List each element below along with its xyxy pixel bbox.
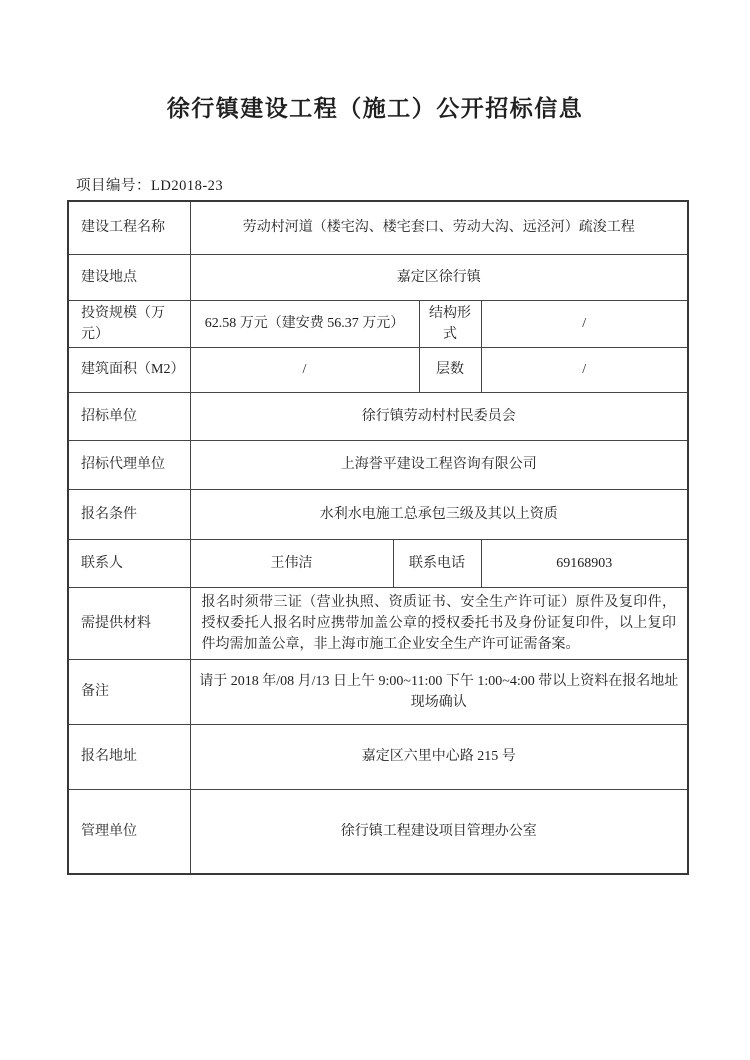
field-value-cell: 62.58 万元（建安费 56.37 万元）	[190, 300, 419, 347]
info-table: 建设工程名称劳动村河道（楼宅沟、楼宅套口、劳动大沟、远泾河）疏浚工程建设地点嘉定…	[67, 200, 689, 875]
table-row: 招标代理单位上海誉平建设工程咨询有限公司	[68, 440, 688, 489]
field-value-cell: 王伟洁	[190, 539, 393, 587]
field-value-cell: 69168903	[481, 539, 688, 587]
field-label-cell: 联系人	[68, 539, 190, 587]
field-value-cell: /	[190, 347, 419, 392]
field-label-cell: 建设地点	[68, 254, 190, 300]
table-row: 管理单位徐行镇工程建设项目管理办公室	[68, 789, 688, 874]
field-label-cell: 招标代理单位	[68, 440, 190, 489]
field-value-cell: 徐行镇劳动村村民委员会	[190, 392, 688, 440]
field-label-cell: 管理单位	[68, 789, 190, 874]
table-row: 建筑面积（M2）/层数/	[68, 347, 688, 392]
field-label-cell: 报名地址	[68, 724, 190, 789]
field-value-cell: 报名时须带三证（营业执照、资质证书、安全生产许可证）原件及复印件，授权委托人报名…	[190, 587, 688, 659]
field-value-cell: 嘉定区六里中心路 215 号	[190, 724, 688, 789]
field-label-cell: 结构形式	[419, 300, 481, 347]
field-value-cell: 嘉定区徐行镇	[190, 254, 688, 300]
field-label-cell: 建设工程名称	[68, 201, 190, 254]
table-row: 投资规模（万元）62.58 万元（建安费 56.37 万元）结构形式/	[68, 300, 688, 347]
field-value-cell: /	[481, 300, 688, 347]
field-value-cell: 劳动村河道（楼宅沟、楼宅套口、劳动大沟、远泾河）疏浚工程	[190, 201, 688, 254]
field-label-cell: 投资规模（万元）	[68, 300, 190, 347]
field-label-cell: 需提供材料	[68, 587, 190, 659]
field-label-cell: 招标单位	[68, 392, 190, 440]
page-title: 徐行镇建设工程（施工）公开招标信息	[0, 90, 750, 123]
field-label-cell: 备注	[68, 659, 190, 724]
table-row: 联系人王伟洁联系电话69168903	[68, 539, 688, 587]
project-number: 项目编号：LD2018-23	[76, 174, 223, 195]
field-label-cell: 报名条件	[68, 489, 190, 539]
table-row: 建设地点嘉定区徐行镇	[68, 254, 688, 300]
field-label-cell: 建筑面积（M2）	[68, 347, 190, 392]
field-value-cell: 请于 2018 年/08 月/13 日上午 9:00~11:00 下午 1:00…	[190, 659, 688, 724]
table-row: 报名条件水利水电施工总承包三级及其以上资质	[68, 489, 688, 539]
table-row: 建设工程名称劳动村河道（楼宅沟、楼宅套口、劳动大沟、远泾河）疏浚工程	[68, 201, 688, 254]
table-row: 报名地址嘉定区六里中心路 215 号	[68, 724, 688, 789]
field-value-cell: 徐行镇工程建设项目管理办公室	[190, 789, 688, 874]
table-row: 需提供材料报名时须带三证（营业执照、资质证书、安全生产许可证）原件及复印件，授权…	[68, 587, 688, 659]
field-label-cell: 联系电话	[393, 539, 481, 587]
field-value-cell: /	[481, 347, 688, 392]
field-label-cell: 层数	[419, 347, 481, 392]
table-body: 建设工程名称劳动村河道（楼宅沟、楼宅套口、劳动大沟、远泾河）疏浚工程建设地点嘉定…	[68, 201, 688, 874]
field-value-cell: 水利水电施工总承包三级及其以上资质	[190, 489, 688, 539]
field-value-cell: 上海誉平建设工程咨询有限公司	[190, 440, 688, 489]
table-row: 招标单位徐行镇劳动村村民委员会	[68, 392, 688, 440]
document-page: 徐行镇建设工程（施工）公开招标信息 项目编号：LD2018-23 建设工程名称劳…	[0, 0, 750, 1060]
table-row: 备注请于 2018 年/08 月/13 日上午 9:00~11:00 下午 1:…	[68, 659, 688, 724]
